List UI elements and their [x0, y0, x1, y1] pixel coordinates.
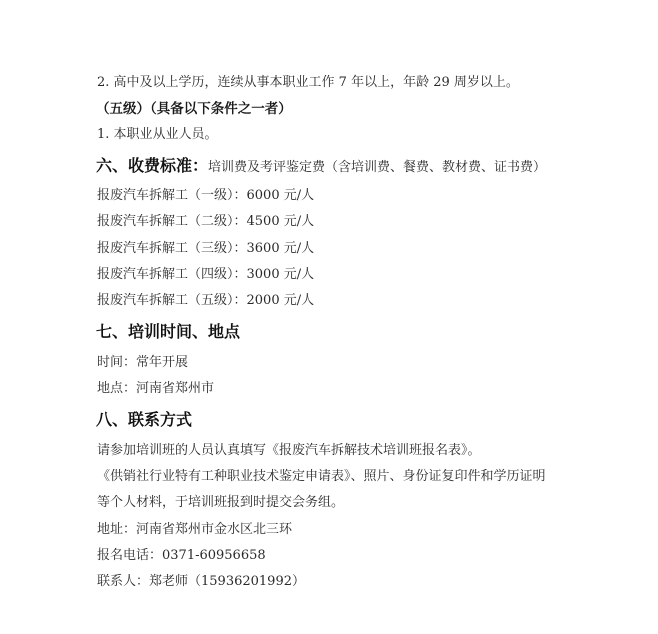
- fee-level5: 报废汽车拆解工（五级）：2000 元/人: [97, 293, 314, 309]
- section7-heading: 七、培训时间、地点: [96, 322, 240, 342]
- contact-address: 地址：河南省郑州市金水区北三环: [97, 522, 292, 538]
- contact-paragraph-line2: 《供销社行业特有工种职业技术鉴定申请表》、照片、身份证复印件和学历证明: [97, 469, 546, 485]
- training-time: 时间：常年开展: [97, 355, 188, 371]
- contact-person: 联系人：郑老师（15936201992）: [97, 574, 305, 590]
- section6-heading-title: 六、收费标准：: [96, 156, 208, 175]
- level5-subheading: （五级）（具备以下条件之一者）: [96, 101, 292, 117]
- training-place: 地点：河南省郑州市: [97, 381, 214, 397]
- contact-phone: 报名电话：0371-60956658: [97, 548, 266, 564]
- fee-level3: 报废汽车拆解工（三级）：3600 元/人: [97, 241, 314, 257]
- section6-heading-note: 培训费及考评鉴定费（含培训费、餐费、教材费、证书费）: [208, 160, 546, 175]
- contact-paragraph-line1: 请参加培训班的人员认真填写《报废汽车拆解技术培训班报名表》。: [97, 443, 481, 459]
- section6-heading: 六、收费标准：培训费及考评鉴定费（含培训费、餐费、教材费、证书费）: [96, 156, 546, 178]
- document-page: 2. 高中及以上学历，连续从事本职业工作 7 年以上，年龄 29 周岁以上。 （…: [0, 0, 658, 634]
- requirement-level4-item2: 2. 高中及以上学历，连续从事本职业工作 7 年以上，年龄 29 周岁以上。: [97, 75, 519, 91]
- fee-level2: 报废汽车拆解工（二级）：4500 元/人: [97, 214, 314, 230]
- section8-heading: 八、联系方式: [96, 410, 192, 430]
- fee-level1: 报废汽车拆解工（一级）：6000 元/人: [97, 188, 314, 204]
- contact-paragraph-line3: 等个人材料，于培训班报到时提交会务组。: [97, 495, 344, 511]
- requirement-level5-item1: 1. 本职业从业人员。: [97, 127, 218, 143]
- fee-level4: 报废汽车拆解工（四级）：3000 元/人: [97, 267, 314, 283]
